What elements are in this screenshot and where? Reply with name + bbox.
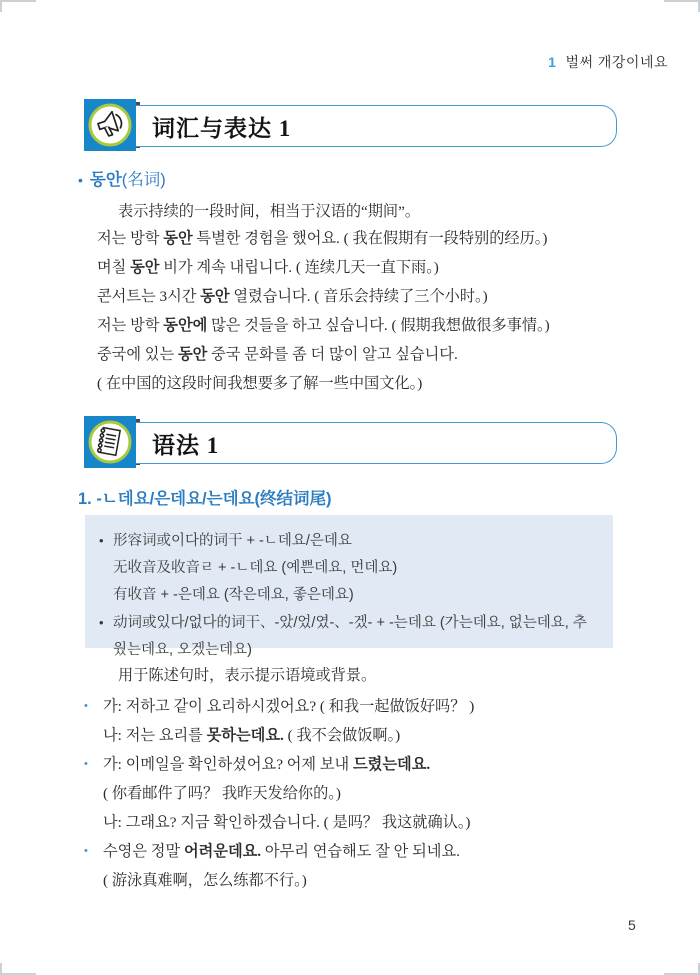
section-header-grammar: 语法 1 bbox=[84, 416, 617, 468]
unit-title: 벌써 개강이네요 bbox=[565, 54, 668, 70]
example-sentence: ( 在中国的这段时间我想要多了解一些中国文化。) bbox=[97, 369, 550, 398]
dialogue-line: •가: 이메일을 확인하셨어요? 어제 보내 드렸는데요. bbox=[84, 750, 474, 779]
bullet-dot: • bbox=[99, 609, 113, 636]
vocab-term: 동안 bbox=[90, 171, 122, 189]
text-segment: ( 你看邮件了吗？ 我昨天发给你的。) bbox=[103, 785, 341, 802]
text-segment: 가: 이메일을 확인하셨어요? 어제 보내 bbox=[103, 756, 353, 773]
vocab-term-heading: •동안(名词) bbox=[78, 166, 166, 190]
section-title-bar: 词汇与表达 1 bbox=[135, 105, 617, 147]
highlighted-text: 동안에 bbox=[163, 317, 207, 334]
rule-line: 有收音 + -은데요 (작은데요, 좋은데요) bbox=[99, 582, 595, 609]
section-header-vocabulary: 词汇与表达 1 bbox=[84, 99, 617, 151]
text-segment: 가: 저하고 같이 요리하시겠어요? ( 和我一起做饭好吗？ ) bbox=[103, 698, 474, 715]
section-title: 语法 1 bbox=[135, 427, 219, 460]
text-segment: 중국에 있는 bbox=[97, 346, 178, 363]
vocab-intro-text: 表示持续的一段时间，相当于汉语的“期间”。 bbox=[118, 200, 420, 221]
bullet-dot: • bbox=[84, 692, 103, 721]
text-segment: 특별한 경험을 했어요. ( 我在假期有一段特别的经历。) bbox=[193, 230, 548, 247]
bullet-dot: • bbox=[78, 172, 83, 188]
dialogue-line: ( 你看邮件了吗？ 我昨天发给你的。) bbox=[84, 779, 474, 808]
highlighted-text: 어려운데요. bbox=[184, 843, 261, 860]
running-head: 1벌써 개강이네요 bbox=[548, 52, 668, 72]
rule-line: 无收音及收音ㄹ + -ㄴ데요 (예쁜데요, 먼데요) bbox=[99, 555, 595, 582]
bullet-dot: • bbox=[84, 750, 103, 779]
text-segment: 저는 방학 bbox=[97, 230, 163, 247]
dialogue-line: 나: 저는 요리를 못하는데요. ( 我不会做饭啊。) bbox=[84, 721, 474, 750]
text-segment: 无收音及收音ㄹ + -ㄴ데요 (예쁜데요, 먼데요) bbox=[113, 560, 397, 576]
crop-mark bbox=[0, 0, 36, 2]
grammar-rule-box: •形容词或이다的词干 + -ㄴ데요/은데요无收音及收音ㄹ + -ㄴ데요 (예쁜데… bbox=[85, 515, 613, 648]
vocab-examples: 저는 방학 동안 특별한 경험을 했어요. ( 我在假期有一段特别的经历。)며칠… bbox=[97, 224, 550, 398]
vocab-part-of-speech: (名词) bbox=[122, 171, 166, 189]
text-segment: 수영은 정말 bbox=[103, 843, 184, 860]
text-segment: 많은 것들을 하고 싶습니다. ( 假期我想做很多事情。) bbox=[207, 317, 549, 334]
text-segment: ( 游泳真难啊，怎么练都不行。) bbox=[103, 872, 307, 889]
text-segment: 콘서트는 3시간 bbox=[97, 288, 200, 305]
section-title-bar: 语法 1 bbox=[135, 422, 617, 464]
text-segment: 중국 문화를 좀 더 많이 알고 싶습니다. bbox=[207, 346, 457, 363]
grammar-point-heading: 1. -ㄴ데요/은데요/는데요(终结词尾) bbox=[78, 485, 331, 509]
crop-mark bbox=[0, 963, 2, 975]
bullet-dot: • bbox=[84, 837, 103, 866]
rule-line: •形容词或이다的词干 + -ㄴ데요/은데요 bbox=[99, 527, 595, 555]
text-segment: 形容词或이다的词干 + -ㄴ데요/은데요 bbox=[113, 533, 352, 549]
text-segment: 나: 저는 요리를 bbox=[103, 727, 207, 744]
dialogue-line: •가: 저하고 같이 요리하시겠어요? ( 和我一起做饭好吗？ ) bbox=[84, 692, 474, 721]
example-sentence: 중국에 있는 동안 중국 문화를 좀 더 많이 알고 싶습니다. bbox=[97, 340, 550, 369]
text-segment: 아무리 연습해도 잘 안 되네요. bbox=[261, 843, 460, 860]
text-segment: 저는 방학 bbox=[97, 317, 163, 334]
textbook-page: 1벌써 개강이네요 词汇与表达 1 •동안(名词) 表示持续的一段时间，相当于汉… bbox=[0, 0, 700, 975]
dialogue-line: •수영은 정말 어려운데요. 아무리 연습해도 잘 안 되네요. bbox=[84, 837, 474, 866]
highlighted-text: 동안 bbox=[178, 346, 207, 363]
highlighted-text: 동안 bbox=[163, 230, 192, 247]
unit-number: 1 bbox=[548, 54, 556, 70]
text-segment: ( 我不会做饭啊。) bbox=[284, 727, 400, 744]
text-segment: 有收音 + -은데요 (작은데요, 좋은데요) bbox=[113, 587, 354, 603]
dialogue-line: ( 游泳真难啊，怎么练都不行。) bbox=[84, 866, 474, 895]
page-number: 5 bbox=[628, 917, 636, 933]
example-sentence: 며칠 동안 비가 계속 내립니다. ( 连续几天一直下雨。) bbox=[97, 253, 550, 282]
text-segment: 며칠 bbox=[97, 259, 130, 276]
text-segment: 나: 그래요? 지금 확인하겠습니다. ( 是吗？ 我这就确认。) bbox=[103, 814, 470, 831]
text-segment: 动词或있다/없다的词干、-았/었/였-、-겠- + -는데요 (가는데요, 없는… bbox=[113, 615, 587, 658]
rule-line: •动词或있다/없다的词干、-았/었/였-、-겠- + -는데요 (가는데요, 없… bbox=[99, 609, 595, 664]
grammar-dialogues: •가: 저하고 같이 요리하시겠어요? ( 和我一起做饭好吗？ )나: 저는 요… bbox=[84, 692, 474, 895]
text-segment: 열렸습니다. ( 音乐会持续了三个小时。) bbox=[230, 288, 488, 305]
text-segment: 비가 계속 내립니다. ( 连续几天一直下雨。) bbox=[159, 259, 438, 276]
example-sentence: 저는 방학 동안에 많은 것들을 하고 싶습니다. ( 假期我想做很多事情。) bbox=[97, 311, 550, 340]
highlighted-text: 못하는데요. bbox=[207, 727, 284, 744]
notebook-icon bbox=[84, 416, 136, 468]
example-sentence: 콘서트는 3시간 동안 열렸습니다. ( 音乐会持续了三个小时。) bbox=[97, 282, 550, 311]
highlighted-text: 드렸는데요. bbox=[353, 756, 430, 773]
megaphone-icon bbox=[84, 99, 136, 151]
bullet-dot: • bbox=[99, 527, 113, 554]
example-sentence: 저는 방학 동안 특별한 경험을 했어요. ( 我在假期有一段特别的经历。) bbox=[97, 224, 550, 253]
crop-mark bbox=[664, 0, 700, 2]
text-segment: ( 在中国的这段时间我想要多了解一些中国文化。) bbox=[97, 375, 422, 392]
crop-mark bbox=[0, 0, 2, 12]
usage-note: 用于陈述句时，表示提示语境或背景。 bbox=[118, 664, 376, 685]
section-title: 词汇与表达 1 bbox=[135, 110, 291, 143]
highlighted-text: 동안 bbox=[200, 288, 229, 305]
dialogue-line: 나: 그래요? 지금 확인하겠습니다. ( 是吗？ 我这就确认。) bbox=[84, 808, 474, 837]
highlighted-text: 동안 bbox=[130, 259, 159, 276]
